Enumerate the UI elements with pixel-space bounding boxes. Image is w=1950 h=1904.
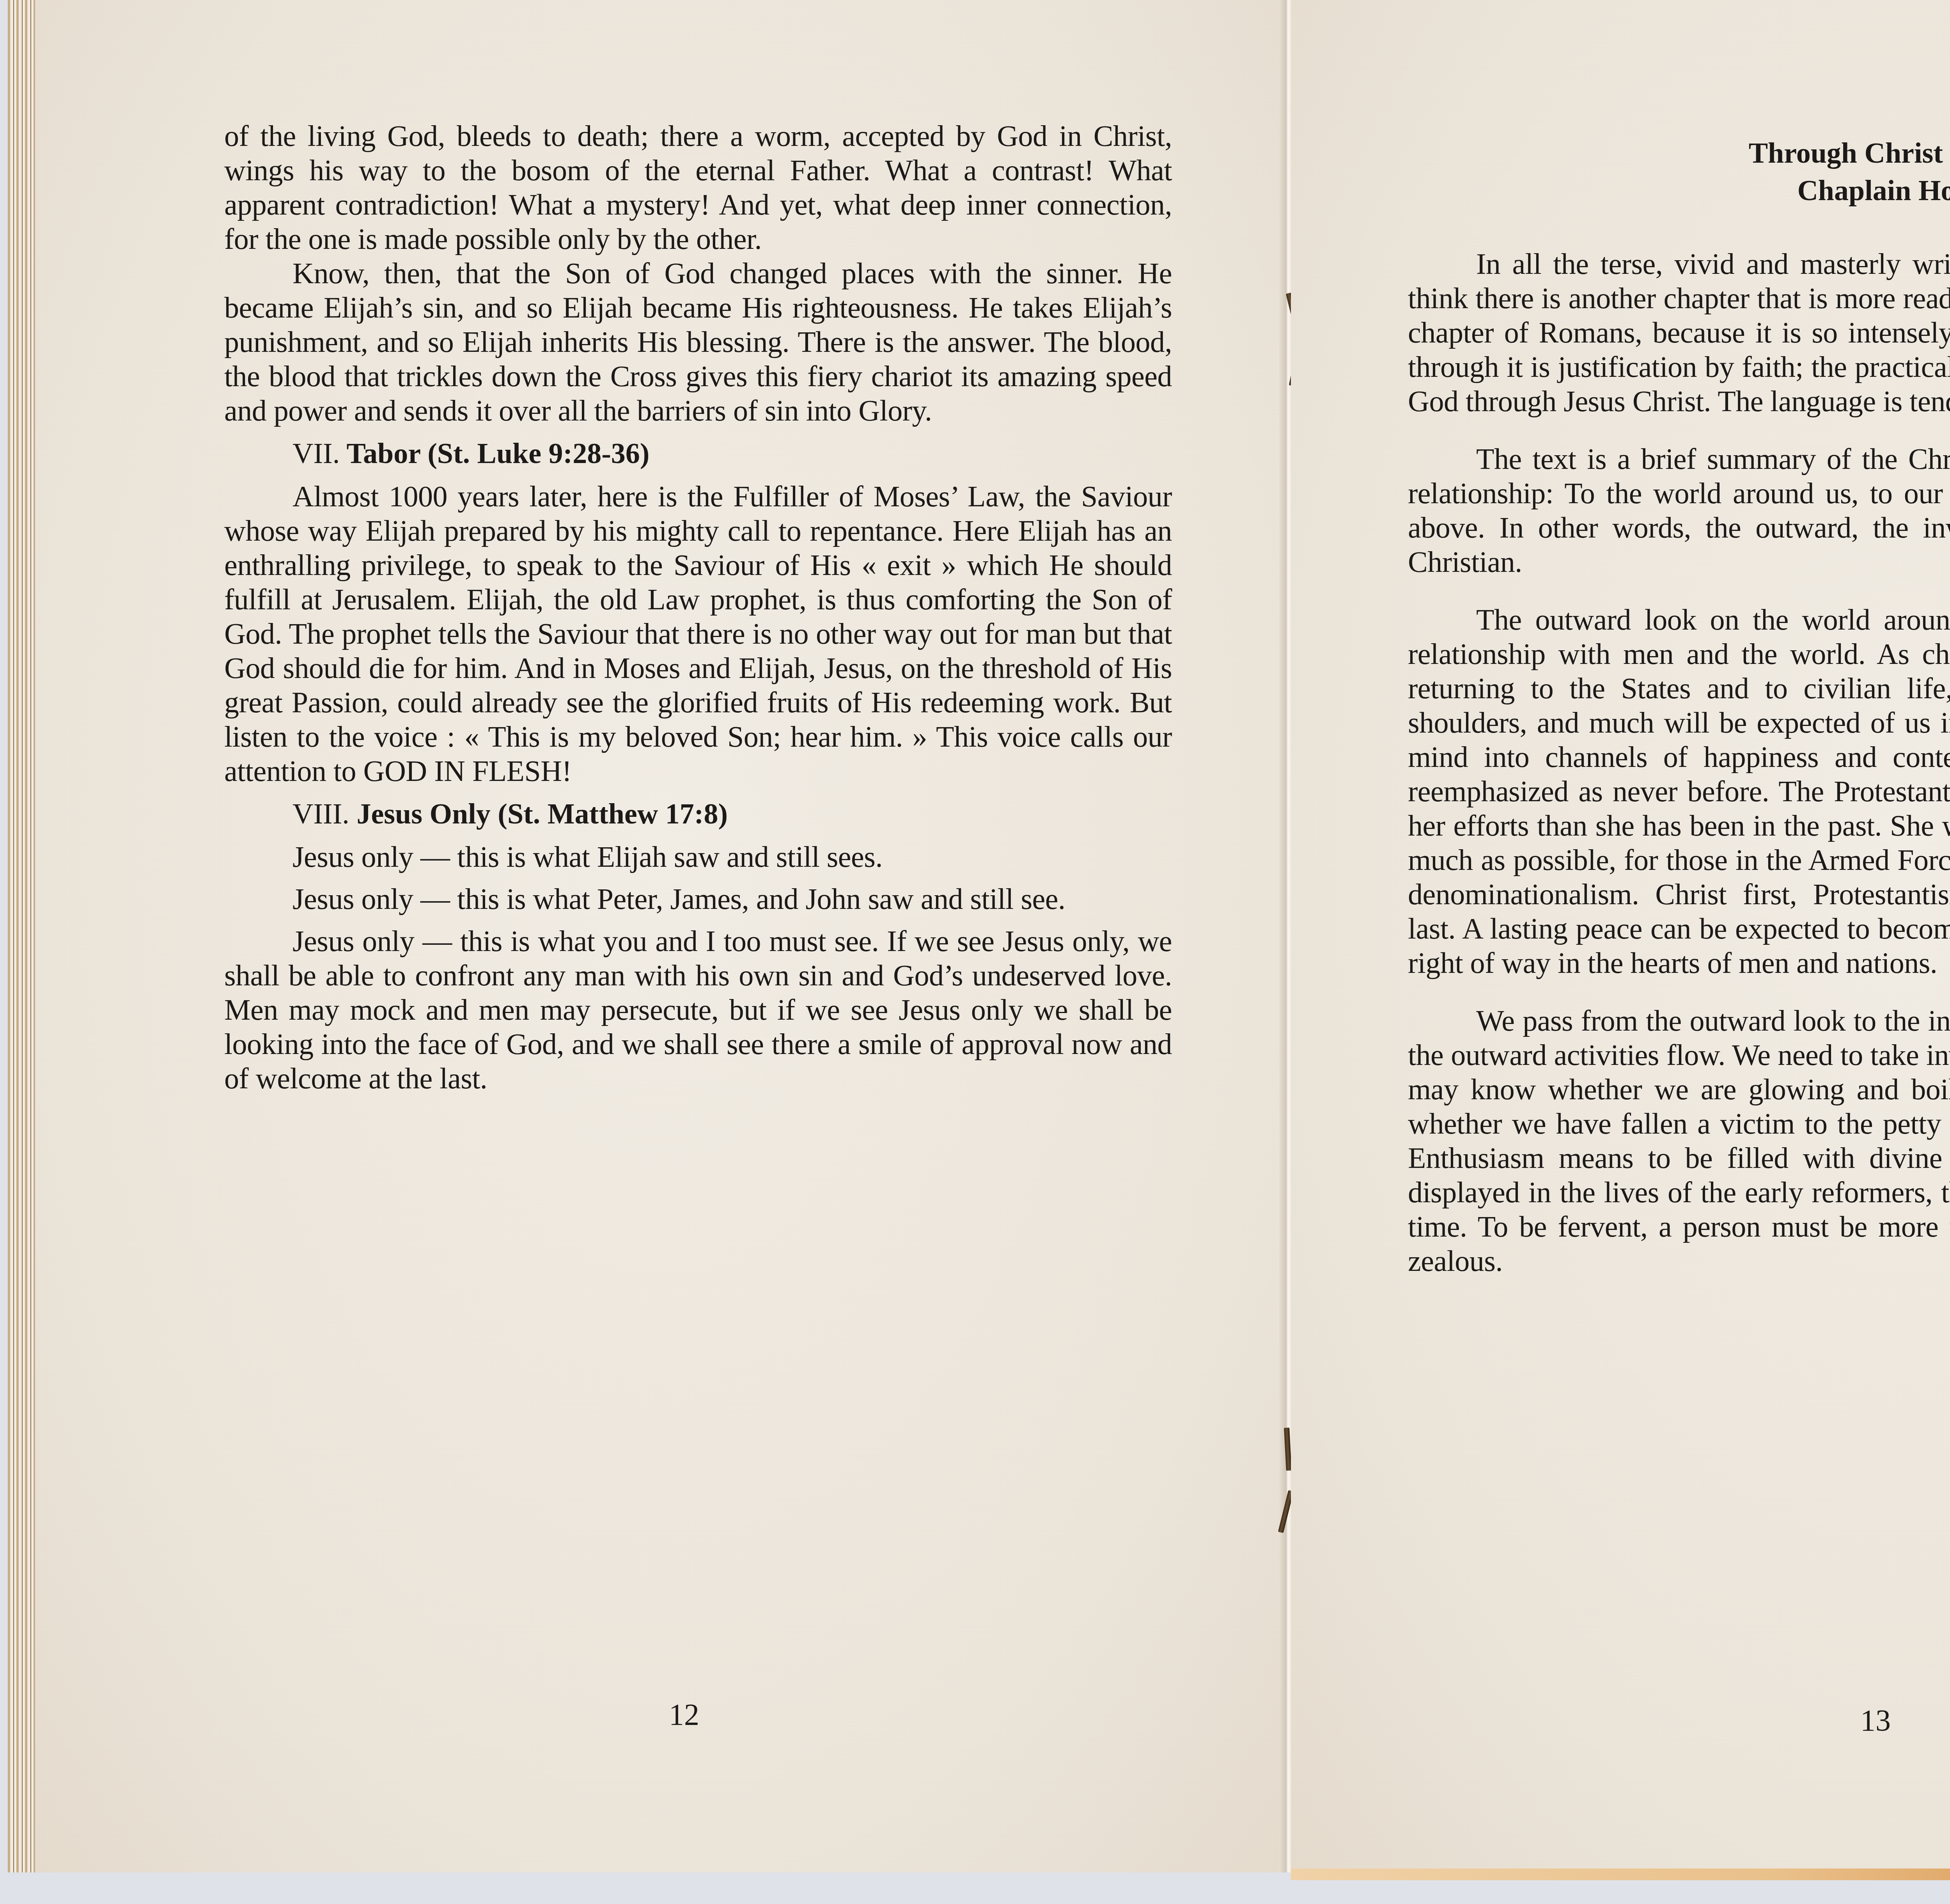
right-page: Through Christ to God Chaplain Hook Roma…: [1291, 0, 1950, 1872]
heading-numeral: VII.: [292, 438, 340, 470]
left-page-text: of the living God, bleeds to death; ther…: [224, 119, 1172, 1096]
stacked-page-edges: [8, 0, 35, 1872]
booklet-spread: of the living God, bleeds to death; ther…: [8, 0, 1950, 1872]
heading-title: Jesus Only (St. Matthew 17:8): [356, 798, 728, 830]
paragraph-inward-look: We pass from the outward look to the inw…: [1408, 1004, 1950, 1278]
section-heading-vii: VII. Tabor (St. Luke 9:28-36): [224, 436, 1172, 472]
page-number-right: 13: [1860, 1703, 1891, 1738]
heading-numeral: VIII.: [292, 798, 349, 830]
section-heading-viii: VIII. Jesus Only (St. Matthew 17:8): [224, 796, 1172, 832]
cover-bottom-edge: [1291, 1869, 1950, 1880]
page-number-left: 12: [669, 1697, 699, 1732]
paragraph-jesus-only-1: Jesus only — this is what Elijah saw and…: [224, 840, 1172, 874]
right-page-text: Through Christ to God Chaplain Hook Roma…: [1408, 135, 1950, 1278]
article-title: Through Christ to God: [1408, 135, 1950, 172]
paragraph-continuation: of the living God, bleeds to death; ther…: [224, 119, 1172, 256]
scripture-reference: Romans 12:11: [1408, 209, 1950, 247]
paragraph-outward-look: The outward look on the world around us,…: [1408, 603, 1950, 980]
paragraph-jesus-only-3: Jesus only — this is what you and I too …: [224, 924, 1172, 1096]
paragraph-jesus-only-2: Jesus only — this is what Peter, James, …: [224, 882, 1172, 916]
paragraph-tabor: Almost 1000 years later, here is the Ful…: [224, 479, 1172, 788]
paragraph-intro: In all the terse, vivid and masterly wri…: [1408, 247, 1950, 419]
heading-title: Tabor (St. Luke 9:28-36): [346, 438, 649, 470]
paragraph-son-of-god: Know, then, that the Son of God changed …: [224, 256, 1172, 428]
left-page: of the living God, bleeds to death; ther…: [35, 0, 1287, 1872]
article-author: Chaplain Hook: [1408, 172, 1950, 209]
paragraph-summary: The text is a brief summary of the Chris…: [1408, 442, 1950, 579]
